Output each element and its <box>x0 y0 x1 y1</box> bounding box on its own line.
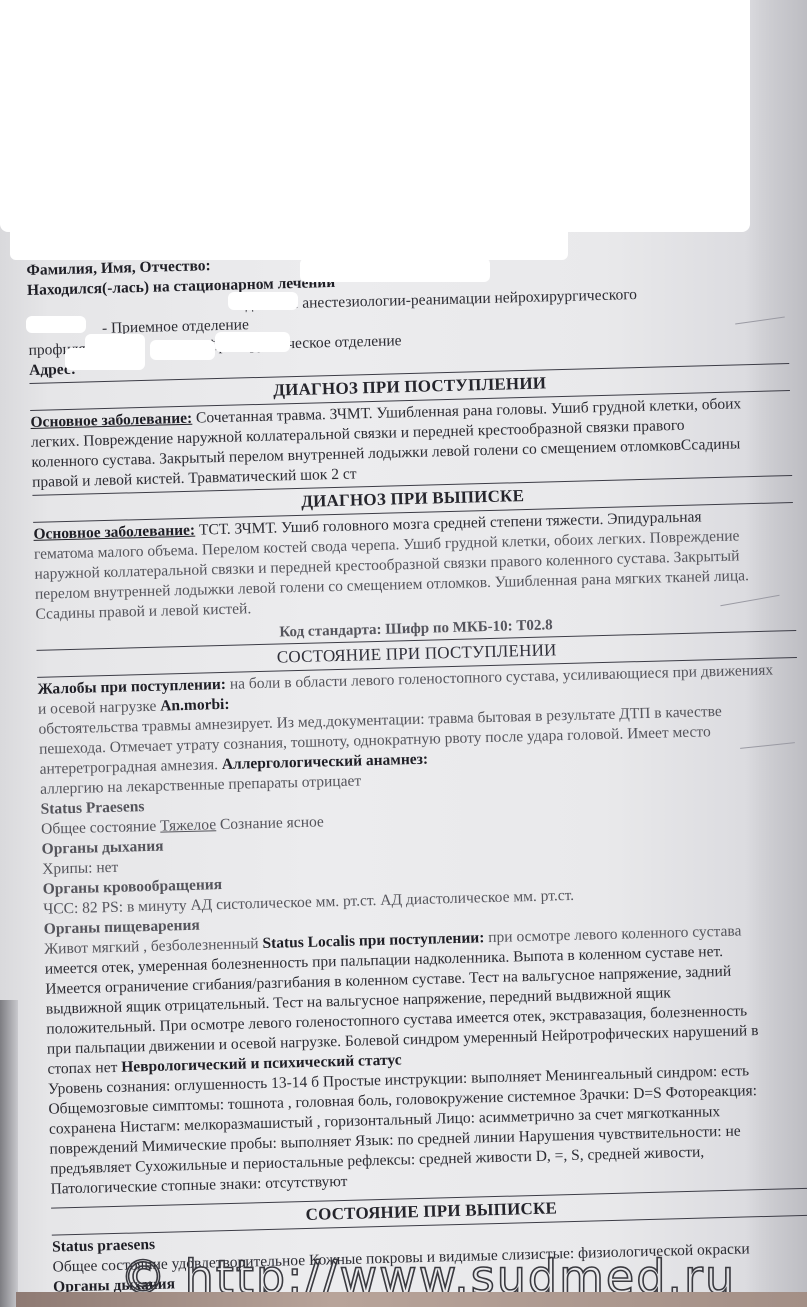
redaction-box-stay <box>228 292 298 310</box>
redaction-box-address-2 <box>150 340 215 360</box>
consciousness-text: Сознание ясное <box>220 813 324 833</box>
redaction-box-dept <box>26 316 86 333</box>
patient-name-label: Фамилия, Имя, Отчество: <box>26 257 211 279</box>
discharge-summary-document: Фамилия, Имя, Отчество: Находился(-лась)… <box>26 230 807 1298</box>
redaction-box-address-3 <box>215 332 290 352</box>
amnesia-text: антеретроградная амнезия. <box>39 756 218 778</box>
redaction-box-dates <box>300 258 490 282</box>
redacted-span <box>28 310 228 315</box>
neuro-prefix: стопах нет <box>47 1059 117 1078</box>
general-condition-value: Тяжелое <box>160 816 216 834</box>
allergy-label: Аллергологический анамнез: <box>222 751 429 773</box>
complaints-text-2: и осевой нагрузке <box>38 698 157 718</box>
main-disease-label: Основное заболевание: <box>30 410 192 431</box>
complaints-label: Жалобы при поступлении: <box>37 676 226 698</box>
redaction-box-address-1 <box>65 348 145 370</box>
redaction-box-header <box>0 0 750 232</box>
anmorbi-label: An.morbi: <box>160 696 230 715</box>
main-disease-label: Основное заболевание: <box>33 522 195 543</box>
redaction-box-header-lower <box>10 220 568 260</box>
table-surface-strip <box>16 1292 807 1307</box>
paper-edge-left <box>0 1000 18 1307</box>
general-condition-prefix: Общее состояние <box>41 818 157 838</box>
